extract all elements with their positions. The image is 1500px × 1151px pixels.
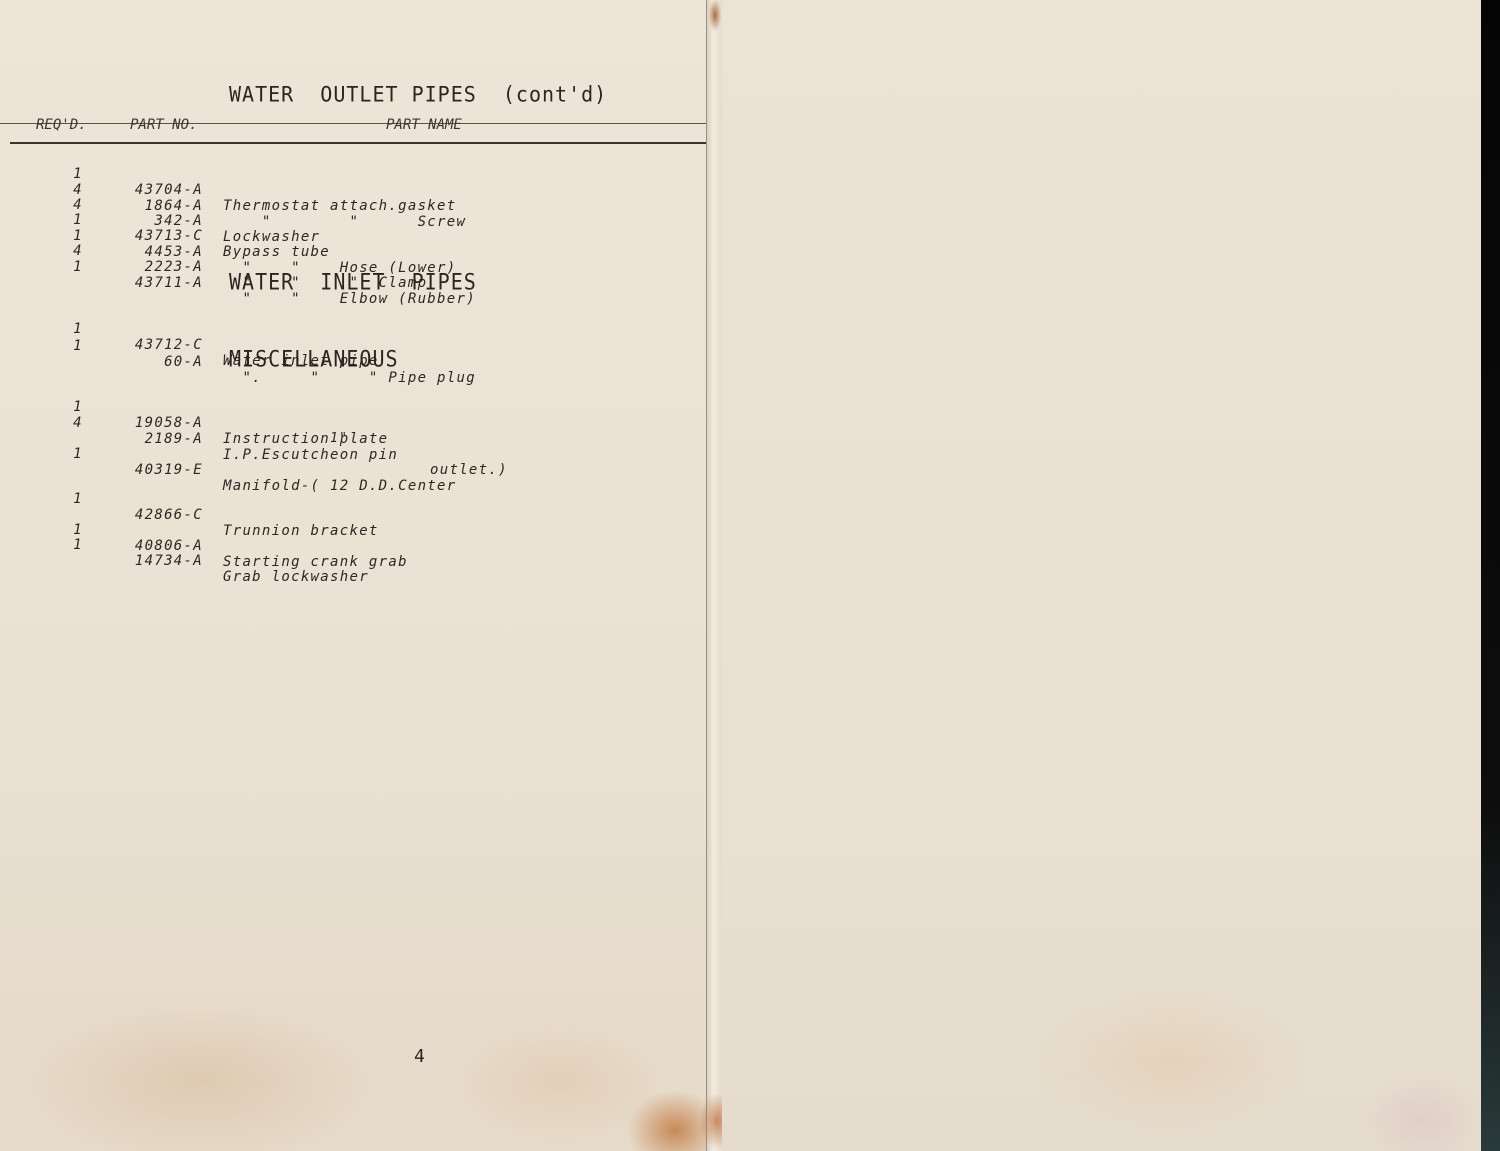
table-row: 4 2223-A " " " Clamp xyxy=(0,227,700,243)
table-row: 1 43713-C Bypass tube xyxy=(0,196,700,212)
fraction-annotation: 1" xyxy=(0,415,700,431)
table-row: 1 43711-A " " Elbow (Rubber) xyxy=(0,243,700,259)
table-row: 1 40806-A Starting crank grab xyxy=(0,506,700,522)
table-row: 1 14734-A Grab lockwasher xyxy=(0,521,700,537)
booklet-spread: WATER OUTLET PIPES (cont'd) REQ'D. PART … xyxy=(0,0,1500,1151)
table-row: 1 40319-E Manifold-( 12 D.D.Center xyxy=(0,430,700,446)
page-number: 4 xyxy=(414,1046,425,1067)
column-part-name: PART NAME xyxy=(386,117,462,133)
table-row: 1 60-A ". " " Pipe plug xyxy=(0,322,700,338)
table-row: 1 19058-A Instruction plate xyxy=(0,383,700,399)
table-row: 4 2189-A I.P.Escutcheon pin xyxy=(0,399,700,415)
table-row-continuation: outlet.) xyxy=(0,446,700,462)
section-title: MISCELLANEOUS xyxy=(229,346,399,372)
column-reqd: REQ'D. xyxy=(36,117,87,133)
page-title: WATER OUTLET PIPES (cont'd) xyxy=(229,81,607,107)
header-rule-top xyxy=(0,123,714,124)
section-title: WATER INLET PIPES xyxy=(229,269,477,295)
binding-gutter xyxy=(706,0,723,1151)
table-row: 1 4453-A " " Hose (Lower) xyxy=(0,212,700,228)
right-page-blank xyxy=(722,0,1481,1151)
table-row: 4 1864-A " " Screw xyxy=(0,166,700,182)
column-header: REQ'D. PART NO. PART NAME xyxy=(0,116,714,138)
table-row: 1 42866-C Trunnion bracket xyxy=(0,475,700,491)
left-page: WATER OUTLET PIPES (cont'd) REQ'D. PART … xyxy=(0,0,708,1151)
header-rule-bottom xyxy=(10,142,714,144)
scan-edge xyxy=(1481,0,1500,1151)
table-row: 1 43704-A Thermostat attach.gasket xyxy=(0,150,700,166)
table-row: 1 43712-C Water inlet pipe xyxy=(0,305,700,321)
column-part-no: PART NO. xyxy=(130,117,197,133)
table-row: 4 342-A Lockwasher xyxy=(0,181,700,197)
